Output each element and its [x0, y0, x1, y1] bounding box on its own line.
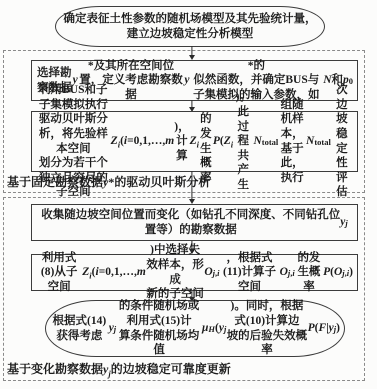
group-label-fixed-data: 基于固定勘察数据y*的驱动贝叶斯分析	[7, 175, 210, 190]
arrow-shaft	[191, 171, 192, 200]
flowchart-canvas: 确定表征土性参数的随机场模型及其先验统计量，建立边坡稳定性分析模型 选择勘察数据…	[0, 0, 377, 389]
process-node-collect-data: 收集随边坡空间位置而变化（如钻孔不同深度、不同钻孔位置等）的勘察数据yj	[31, 204, 358, 241]
terminator-node-posterior: 根据式(14)获得考虑yj的条件随机场或利用式(15)计算条件随机场均值μH(y…	[45, 300, 345, 357]
process-node-bus-subset: 利用BUS和子子集模拟执行驱动贝叶斯分析，将先验样本空间划分为若干个独立且穷尽的…	[31, 111, 358, 172]
process-node-failure-samples: 利用式(8)从子空间Zi(i=0,1,…,m)中选择失效样本，形成新的子空间Oj…	[31, 254, 358, 291]
start-terminator-node: 确定表征土性参数的随机场模型及其先验统计量，建立边坡稳定性分析模型	[55, 6, 325, 47]
group-label-varying-data: 基于变化勘察数据yj的边坡稳定可靠度更新	[7, 362, 231, 377]
